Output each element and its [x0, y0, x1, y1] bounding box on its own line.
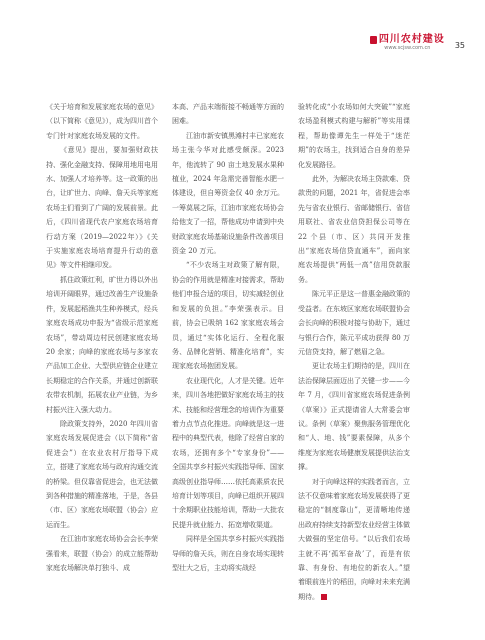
paragraph: 在江油市家庭农场协会会长李荣强看来，联盟（协会）的成立能帮助家庭农场解决单打独斗…: [46, 532, 158, 575]
paragraph: 除政策支持外，2020 年四川省家庭农场发展促进会（以下简称“省促进会”）在农业…: [46, 417, 158, 532]
paragraph: 更让农场主们期待的是，四川在法治保障层面迈出了关键一步——今年 7 月，《四川省…: [298, 359, 410, 474]
paragraph: “不少农场主对政策了解有限，协会的作用就是精准对接需求，帮助他们申报合适的项目，…: [172, 258, 284, 373]
paragraph: 农业现代化，人才是关键。近年来，四川各地把做好家庭农场主的技术、技能和经营理念的…: [172, 374, 284, 532]
article-column-1: 《关于培育和发展家庭农场的意见》（以下简称《意见》），成为四川首个专门针对家庭农…: [46, 100, 158, 604]
logo-mark: 四川农村建设: [370, 34, 445, 45]
paragraph: 《关于培育和发展家庭农场的意见》（以下简称《意见》），成为四川首个专门针对家庭农…: [46, 100, 158, 143]
paragraph: 陈元平正是这一普惠金融政策的受益者。在东坡区家庭农场联盟协会会长向峰的积极对接与…: [298, 287, 410, 359]
logo-text: 四川农村建设: [379, 34, 445, 45]
paragraph: 抓住政策红利，旷世力得以外出培训开阔眼界，通过改善生产设施条件，发展起稻渔共生种…: [46, 273, 158, 417]
paragraph: 本高、产品末端衔接不畅通等方面的困难。: [172, 100, 284, 129]
paragraph: 同样是全国共享乡村振兴实践指导师的詹天兵，则在自身农场实现转型壮大之后，主动将实…: [172, 532, 284, 575]
article-column-2: 本高、产品末端衔接不畅通等方面的困难。 江油市新安镇黑滩村丰已家庭农场主张今华对…: [172, 100, 284, 604]
page-header: 四川农村建设 www.scjsw.com.cn 35: [370, 30, 465, 52]
paragraph: 《意见》提出，要加强财政扶持、强化金融支持、保障用地用电用水、加强人才培养等。这…: [46, 143, 158, 273]
article-body: 《关于培育和发展家庭农场的意见》（以下简称《意见》），成为四川首个专门针对家庭农…: [46, 100, 438, 604]
page-number: 35: [455, 40, 465, 52]
paragraph: 对于向峰这样的实践者而言，立法不仅意味着家庭农场发展获得了更稳定的“制度靠山”，…: [298, 475, 410, 605]
article-column-3: 验转化成“小农场如何大突破”“家庭农场盈利模式构建与解析”等实用课程，帮助像谭先…: [298, 100, 410, 604]
paragraph: 验转化成“小农场如何大突破”“家庭农场盈利模式构建与解析”等实用课程，帮助像谭先…: [298, 100, 410, 172]
logo-url: www.scjsw.com.cn: [384, 45, 430, 52]
article-end-mark-icon: [321, 594, 327, 600]
paragraph: 此外，为解决农场主贷款难、贷款贵的问题，2021 年，省促进会率先与省农业银行、…: [298, 172, 410, 287]
logo-emblem-icon: [370, 36, 377, 44]
paragraph: 江油市新安镇黑滩村丰已家庭农场主张今华对此感受颇深。2023 年，他流转了 90…: [172, 129, 284, 259]
paragraph-text: 对于向峰这样的实践者而言，立法不仅意味着家庭农场发展获得了更稳定的“制度靠山”，…: [298, 478, 410, 601]
magazine-logo: 四川农村建设 www.scjsw.com.cn: [370, 34, 445, 52]
